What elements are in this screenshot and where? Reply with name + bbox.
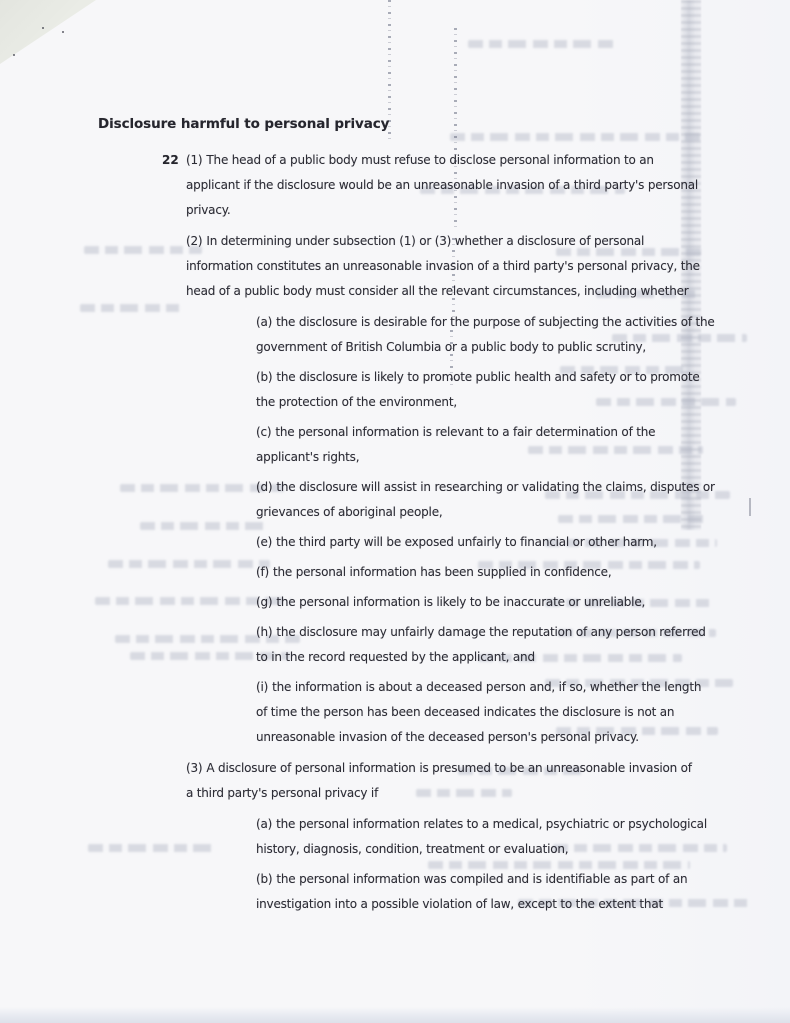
edge-mark xyxy=(749,498,751,516)
subsection-1-text: (1)The head of a public body must refuse… xyxy=(186,148,701,223)
scanned-document-page: Disclosure harmful to personal privacy 2… xyxy=(0,0,790,1023)
clause-2e-label: (e) xyxy=(256,535,272,549)
clause-2a: (a)the disclosure is desirable for the p… xyxy=(256,310,716,360)
paper-speck xyxy=(62,31,64,33)
clause-2f-label: (f) xyxy=(256,565,269,579)
clause-2c-label: (c) xyxy=(256,425,271,439)
clause-2b-body: the disclosure is likely to promote publ… xyxy=(256,370,700,409)
clause-2i-body: the information is about a deceased pers… xyxy=(256,680,701,744)
clause-2c-body: the personal information is relevant to … xyxy=(256,425,655,464)
clause-2a-label: (a) xyxy=(256,315,272,329)
clause-2g-body: the personal information is likely to be… xyxy=(276,595,645,609)
clause-3b-body: the personal information was compiled an… xyxy=(256,872,687,911)
clause-2g-label: (g) xyxy=(256,595,272,609)
clause-3a: (a)the personal information relates to a… xyxy=(256,812,716,862)
subsection-1-label: (1) xyxy=(186,153,202,167)
subsection-3-text: (3)A disclosure of personal information … xyxy=(186,756,701,806)
clause-2e: (e)the third party will be exposed unfai… xyxy=(256,530,716,555)
clause-2h-label: (h) xyxy=(256,625,272,639)
clause-2a-body: the disclosure is desirable for the purp… xyxy=(256,315,715,354)
paper-speck xyxy=(13,54,15,56)
clause-2h-body: the disclosure may unfairly damage the r… xyxy=(256,625,706,664)
clause-2d: (d)the disclosure will assist in researc… xyxy=(256,475,716,525)
clause-2f: (f)the personal information has been sup… xyxy=(256,560,716,585)
clause-2d-label: (d) xyxy=(256,480,272,494)
subsection-2-clauses: (a)the disclosure is desirable for the p… xyxy=(98,310,738,750)
clause-2c: (c)the personal information is relevant … xyxy=(256,420,716,470)
clause-2b-label: (b) xyxy=(256,370,272,384)
subsection-2-body: In determining under subsection (1) or (… xyxy=(186,234,700,298)
subsection-2-text: (2)In determining under subsection (1) o… xyxy=(186,229,701,304)
clause-2b: (b)the disclosure is likely to promote p… xyxy=(256,365,716,415)
section-number: 22 xyxy=(162,148,179,173)
clause-3b-label: (b) xyxy=(256,872,272,886)
subsection-1-body: The head of a public body must refuse to… xyxy=(186,153,698,217)
statute-text: Disclosure harmful to personal privacy 2… xyxy=(98,116,738,922)
subsection-3-body: A disclosure of personal information is … xyxy=(186,761,692,800)
clause-2d-body: the disclosure will assist in researchin… xyxy=(256,480,715,519)
section-heading: Disclosure harmful to personal privacy xyxy=(98,116,738,133)
bleed-through-line xyxy=(468,40,618,48)
scan-bottom-edge xyxy=(0,1007,790,1023)
clause-2i-label: (i) xyxy=(256,680,268,694)
clause-2g: (g)the personal information is likely to… xyxy=(256,590,716,615)
subsection-3-label: (3) xyxy=(186,761,202,775)
clause-3a-body: the personal information relates to a me… xyxy=(256,817,707,856)
clause-2f-body: the personal information has been suppli… xyxy=(273,565,611,579)
clause-3a-label: (a) xyxy=(256,817,272,831)
clause-2h: (h)the disclosure may unfairly damage th… xyxy=(256,620,716,670)
paper-speck xyxy=(42,27,44,29)
subsection-3-clauses: (a)the personal information relates to a… xyxy=(98,812,738,917)
subsection-1: 22 (1)The head of a public body must ref… xyxy=(98,148,738,223)
clause-2i: (i)the information is about a deceased p… xyxy=(256,675,716,750)
subsection-2-label: (2) xyxy=(186,234,202,248)
clause-3b: (b)the personal information was compiled… xyxy=(256,867,716,917)
clause-2e-body: the third party will be exposed unfairly… xyxy=(276,535,657,549)
